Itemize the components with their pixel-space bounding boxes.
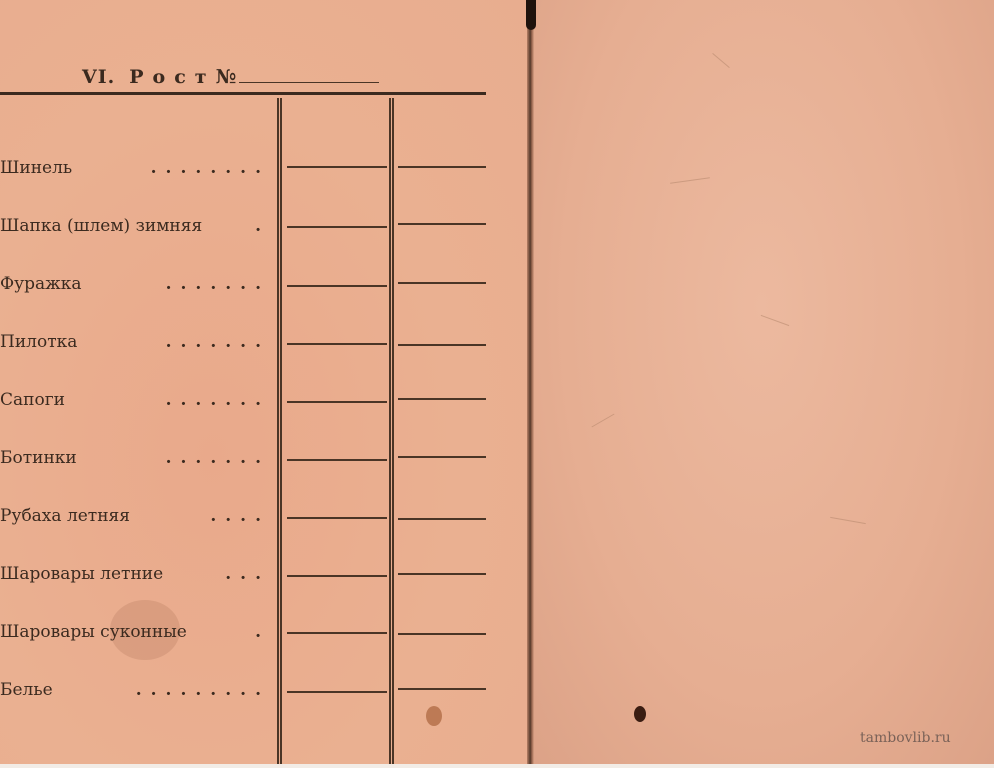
size-field-col1[interactable] [287,575,387,577]
ink-spot [634,706,646,722]
row-label: Шапка (шлем) зимняя [0,216,202,236]
section-numeral: VI. [82,66,115,88]
row-furazhka: Фуражка ....... [0,274,500,304]
row-label: Сапоги [0,390,65,410]
row-sapogi: Сапоги ....... [0,390,500,420]
height-number-field[interactable] [239,70,379,83]
column-divider-2 [389,98,394,764]
size-field-col2[interactable] [398,633,486,635]
size-field-col2[interactable] [398,688,486,690]
row-rubakha: Рубаха летняя .... [0,506,500,536]
size-field-col1[interactable] [287,401,387,403]
size-field-col1[interactable] [287,632,387,634]
leader-dots: ....... [166,274,270,294]
leader-dots: . [255,216,270,236]
leader-dots: ........ [151,158,270,178]
row-label: Белье [0,680,53,700]
leader-dots: . [255,622,270,642]
size-field-col1[interactable] [287,226,387,228]
header-rule [0,92,486,95]
size-field-col2[interactable] [398,573,486,575]
row-shinel: Шинель ........ [0,158,500,188]
column-divider-1 [277,98,282,764]
size-field-col2[interactable] [398,518,486,520]
size-field-col1[interactable] [287,517,387,519]
spine-shadow [526,0,536,30]
paper-fiber [670,177,710,184]
watermark: tambovlib.ru [860,730,951,746]
row-label: Рубаха летняя [0,506,130,526]
leader-dots: .... [210,506,270,526]
leader-dots: ......... [136,680,270,700]
section-heading: VI. Рост № [82,66,379,88]
paper-fiber [712,53,729,68]
right-page-blank [530,0,994,764]
number-sign: № [216,66,238,88]
section-title: Рост [129,66,215,88]
leader-dots: ... [225,564,270,584]
row-label: Шаровары суконные [0,622,187,642]
row-sharovary-sukonnye: Шаровары суконные . [0,622,500,652]
paper-fiber [830,517,866,524]
row-shapka: Шапка (шлем) зимняя . [0,216,500,246]
leader-dots: ....... [166,390,270,410]
paper-fiber [591,414,614,428]
row-label: Шаровары летние [0,564,163,584]
size-field-col1[interactable] [287,343,387,345]
row-pilotka: Пилотка ....... [0,332,500,362]
leader-dots: ....... [166,448,270,468]
size-field-col2[interactable] [398,398,486,400]
size-field-col2[interactable] [398,166,486,168]
row-label: Ботинки [0,448,77,468]
book-spine [527,0,534,764]
size-field-col1[interactable] [287,285,387,287]
paper-fiber [761,315,790,326]
size-field-col1[interactable] [287,691,387,693]
size-field-col2[interactable] [398,282,486,284]
size-field-col2[interactable] [398,456,486,458]
size-field-col1[interactable] [287,459,387,461]
size-field-col2[interactable] [398,344,486,346]
row-label: Шинель [0,158,72,178]
leader-dots: ....... [166,332,270,352]
row-label: Пилотка [0,332,77,352]
size-field-col2[interactable] [398,223,486,225]
row-label: Фуражка [0,274,82,294]
scan-edge [0,764,994,768]
row-botinki: Ботинки ....... [0,448,500,478]
row-sharovary-letnie: Шаровары летние ... [0,564,500,594]
size-field-col1[interactable] [287,166,387,168]
row-bele: Белье ......... [0,680,500,710]
